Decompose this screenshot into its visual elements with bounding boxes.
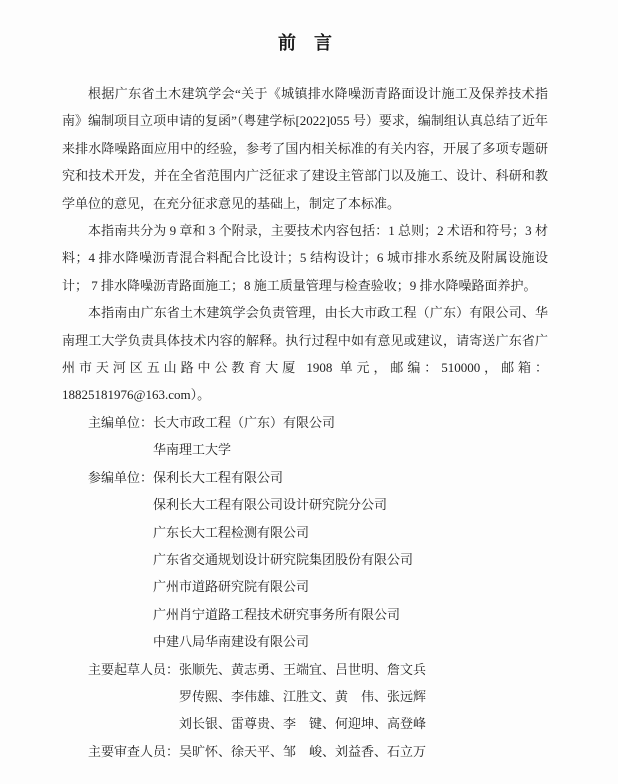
co-editor-unit: 保利长大工程有限公司设计研究院分公司 <box>153 497 387 512</box>
paragraph-contents: 本指南共分为 9 章和 3 个附录，主要技术内容包括：1 总则；2 术语和符号；… <box>62 217 548 299</box>
co-editor-unit: 广东长大工程检测有限公司 <box>153 525 309 540</box>
paragraph-basis: 根据广东省土木建筑学会“关于《城镇排水降噪沥青路面设计施工及保养技术指南》编制项… <box>62 80 548 217</box>
reviewers-section: 主要审查人员：吴旷怀、徐天平、邹 峻、刘益香、石立万 <box>62 738 548 765</box>
reviewers-label: 主要审查人员： <box>88 744 179 759</box>
chief-editor-label: 主编单位： <box>88 415 153 430</box>
drafters-row: 罗传熙、李伟雄、江胜文、黄 伟、张远辉 <box>88 683 548 710</box>
co-editor-row: 广东省交通规划设计研究院集团股份有限公司 <box>88 546 548 573</box>
paragraph-management: 本指南由广东省土木建筑学会负责管理，由长大市政工程（广东）有限公司、华南理工大学… <box>62 299 548 409</box>
reviewers-names: 吴旷怀、徐天平、邹 峻、刘益香、石立万 <box>179 744 426 759</box>
page-title: 前 言 <box>62 33 548 54</box>
co-editor-unit: 广州市道路研究院有限公司 <box>153 579 309 594</box>
drafters-row: 刘长银、雷尊贵、李 键、何迎坤、高登峰 <box>88 710 548 737</box>
drafters-names: 张顺先、黄志勇、王端宜、吕世明、詹文兵 <box>179 662 426 677</box>
drafters-section: 主要起草人员：张顺先、黄志勇、王端宜、吕世明、詹文兵 罗传熙、李伟雄、江胜文、黄… <box>62 656 548 738</box>
chief-editor-row: 主编单位：长大市政工程（广东）有限公司 <box>88 409 548 436</box>
document-page: 前 言 根据广东省土木建筑学会“关于《城镇排水降噪沥青路面设计施工及保养技术指南… <box>0 0 618 784</box>
co-editor-row: 广州市道路研究院有限公司 <box>88 573 548 600</box>
co-editor-unit: 保利长大工程有限公司 <box>153 470 283 485</box>
co-editor-section: 参编单位：保利长大工程有限公司 保利长大工程有限公司设计研究院分公司 广东长大工… <box>62 464 548 656</box>
co-editor-unit: 广东省交通规划设计研究院集团股份有限公司 <box>153 552 413 567</box>
drafters-names: 刘长银、雷尊贵、李 键、何迎坤、高登峰 <box>179 716 426 731</box>
co-editor-row: 保利长大工程有限公司设计研究院分公司 <box>88 491 548 518</box>
drafters-label: 主要起草人员： <box>88 662 179 677</box>
co-editor-row: 中建八局华南建设有限公司 <box>88 628 548 655</box>
co-editor-row: 广东长大工程检测有限公司 <box>88 519 548 546</box>
co-editor-label: 参编单位： <box>88 470 153 485</box>
co-editor-row: 参编单位：保利长大工程有限公司 <box>88 464 548 491</box>
co-editor-unit: 广州肖宁道路工程技术研究事务所有限公司 <box>153 607 400 622</box>
co-editor-unit: 中建八局华南建设有限公司 <box>153 634 309 649</box>
chief-editor-unit: 华南理工大学 <box>153 442 231 457</box>
chief-editor-section: 主编单位：长大市政工程（广东）有限公司 华南理工大学 <box>62 409 548 464</box>
co-editor-row: 广州肖宁道路工程技术研究事务所有限公司 <box>88 601 548 628</box>
reviewers-row: 主要审查人员：吴旷怀、徐天平、邹 峻、刘益香、石立万 <box>88 738 548 765</box>
chief-editor-row: 华南理工大学 <box>88 436 548 463</box>
drafters-names: 罗传熙、李伟雄、江胜文、黄 伟、张远辉 <box>179 689 426 704</box>
chief-editor-unit: 长大市政工程（广东）有限公司 <box>153 415 335 430</box>
drafters-row: 主要起草人员：张顺先、黄志勇、王端宜、吕世明、詹文兵 <box>88 656 548 683</box>
